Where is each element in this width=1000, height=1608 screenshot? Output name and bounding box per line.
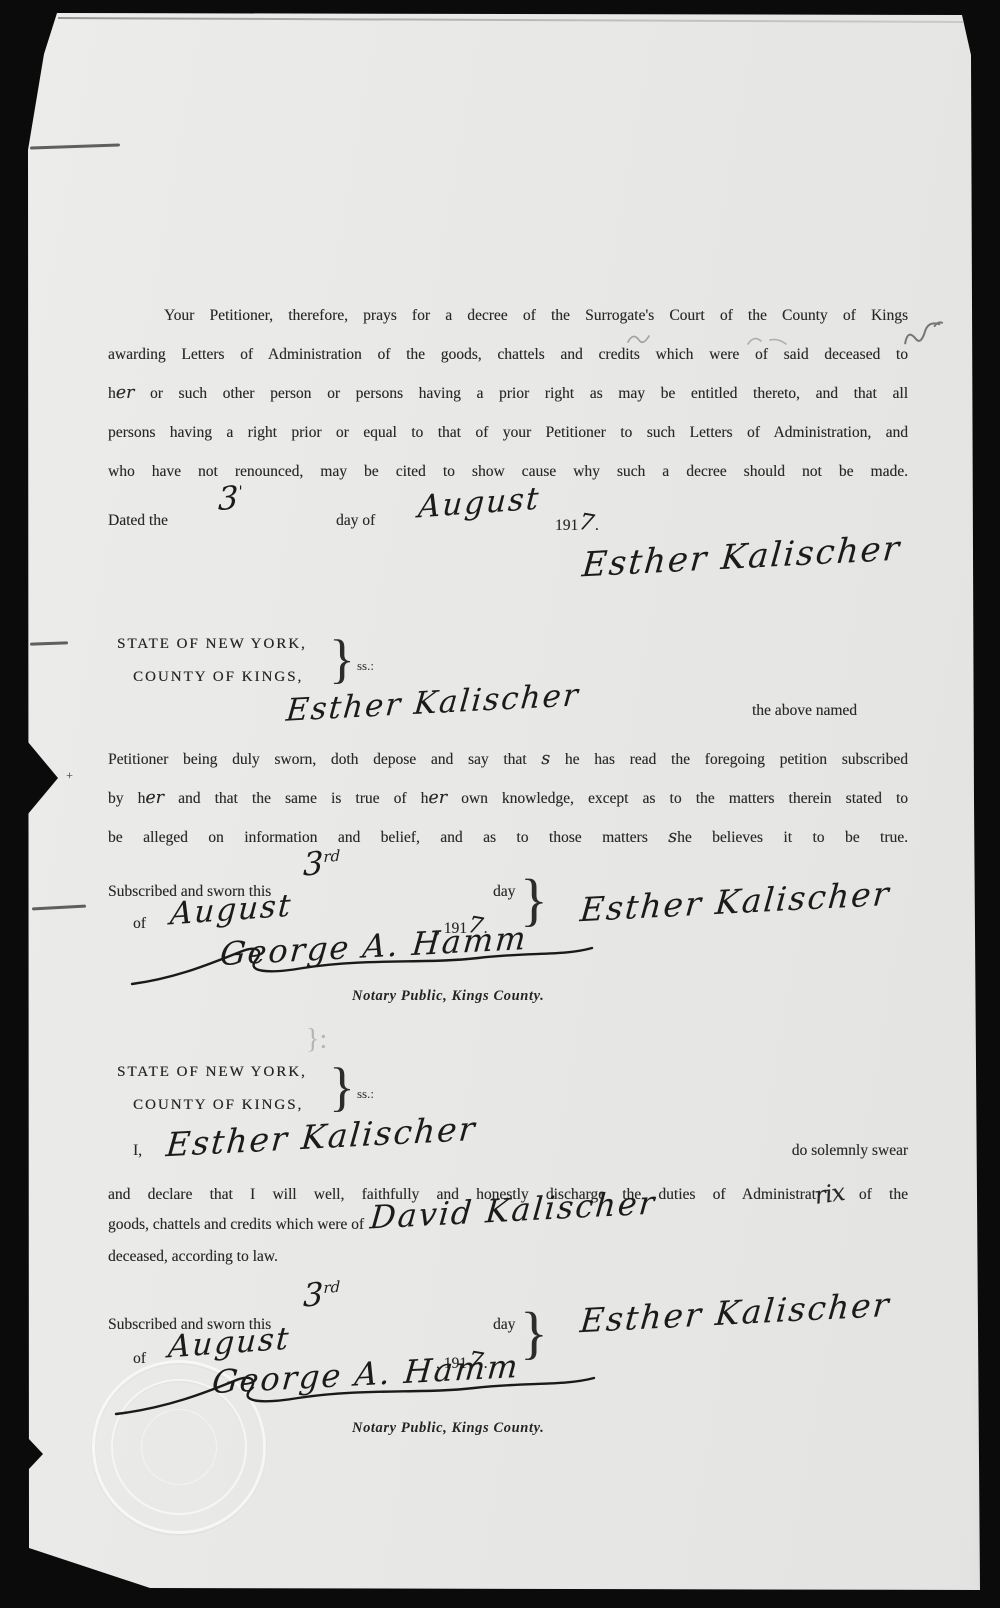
petition-paragraph: Your Petitioner, therefore, prays for a … [108, 296, 908, 491]
text-segment: persons having a right prior or equal to… [108, 424, 908, 441]
text-segment: be alleged on information and belief, an… [108, 829, 668, 846]
jurat1-day-handwritten: 3rd [303, 845, 341, 880]
venue1-state: STATE OF NEW YORK, [117, 636, 307, 653]
dated-label: Dated the [108, 512, 168, 530]
pencil-squiggle-marks [620, 328, 810, 352]
handwritten-segment: er [116, 383, 135, 403]
venue2-brace: } [329, 1060, 355, 1114]
pencil-dash-mark [30, 641, 68, 645]
text-segment: he believes it to be true. [677, 829, 908, 846]
text-segment: or such other person or persons having a… [134, 385, 908, 402]
handwritten-segment: er [145, 788, 164, 808]
attestation-paragraph: Petitioner being duly sworn, doth depose… [108, 740, 908, 857]
text-segment: who have not renounced, may be cited to … [108, 463, 908, 480]
handwritten-segment: s [668, 827, 677, 847]
text-segment: own knowledge, except as to the matters … [447, 790, 908, 807]
paragraph-line: persons having a right prior or equal to… [108, 413, 908, 452]
oath-closing: deceased, according to law. [108, 1248, 278, 1266]
paragraph-line: Petitioner being duly sworn, doth depose… [108, 740, 908, 779]
text-segment: Your Petitioner, therefore, prays for a … [164, 307, 908, 324]
text-segment: Petitioner being duly sworn, doth depose… [108, 751, 541, 768]
ghost-brace-mark: }: [306, 1024, 327, 1056]
oath-i-label: I, [133, 1142, 142, 1160]
paragraph-line: by her and that the same is true of her … [108, 779, 908, 818]
venue2-ss-label: ss.: [357, 1086, 374, 1102]
above-named-label: the above named [752, 702, 857, 720]
jurat2-day-handwritten: 3rd [303, 1276, 341, 1311]
jurat1-day-word: day [493, 883, 515, 901]
text-segment: he has read the foregoing petition subsc… [550, 751, 908, 768]
document-page: Your Petitioner, therefore, prays for a … [0, 0, 1000, 1608]
dated-year-digit-handwritten: 7 [577, 511, 595, 536]
venue2-state: STATE OF NEW YORK, [117, 1064, 307, 1081]
venue1-brace: } [329, 632, 355, 686]
oath-decedent-line: goods, chattels and credits which were o… [108, 1200, 908, 1254]
scanned-document: Your Petitioner, therefore, prays for a … [0, 0, 1000, 1608]
handwritten-segment: er [428, 788, 447, 808]
venue1-county: COUNTY OF KINGS, [133, 669, 303, 686]
notary-signature-1: George A. Hamm [128, 920, 598, 992]
page-top-edge-line [58, 17, 963, 23]
text-segment: h [108, 385, 116, 402]
text-segment: and that the same is true of h [164, 790, 428, 807]
handwritten-segment: s [541, 749, 550, 769]
paragraph-line: her or such other person or persons havi… [108, 374, 908, 413]
venue1-ss-label: ss.: [357, 658, 374, 674]
pencil-dash-mark [32, 905, 86, 911]
jurat1-signer-signature: Esther Kalischer [579, 877, 892, 926]
oath-line3-printed: goods, chattels and credits which were o… [108, 1216, 364, 1234]
notary-signature-2: George A. Hamm [112, 1348, 602, 1422]
dated-day-handwritten: 3' [218, 481, 243, 515]
jurat2-day-word: day [493, 1316, 515, 1334]
oath-swear-label: do solemnly swear [792, 1142, 908, 1160]
pencil-plus-mark: + [66, 768, 73, 783]
dated-year: 1917. [555, 512, 599, 535]
dated-day-of-label: day of [336, 512, 375, 530]
jurat2-signer-signature: Esther Kalischer [579, 1288, 892, 1337]
notary-title-1: Notary Public, Kings County. [352, 988, 544, 1005]
venue2-county: COUNTY OF KINGS, [133, 1097, 303, 1114]
edge-crack-mark [30, 143, 120, 149]
notary-title-2: Notary Public, Kings County. [352, 1420, 544, 1437]
dated-month-handwritten: August [417, 484, 541, 524]
text-segment: by h [108, 790, 145, 807]
